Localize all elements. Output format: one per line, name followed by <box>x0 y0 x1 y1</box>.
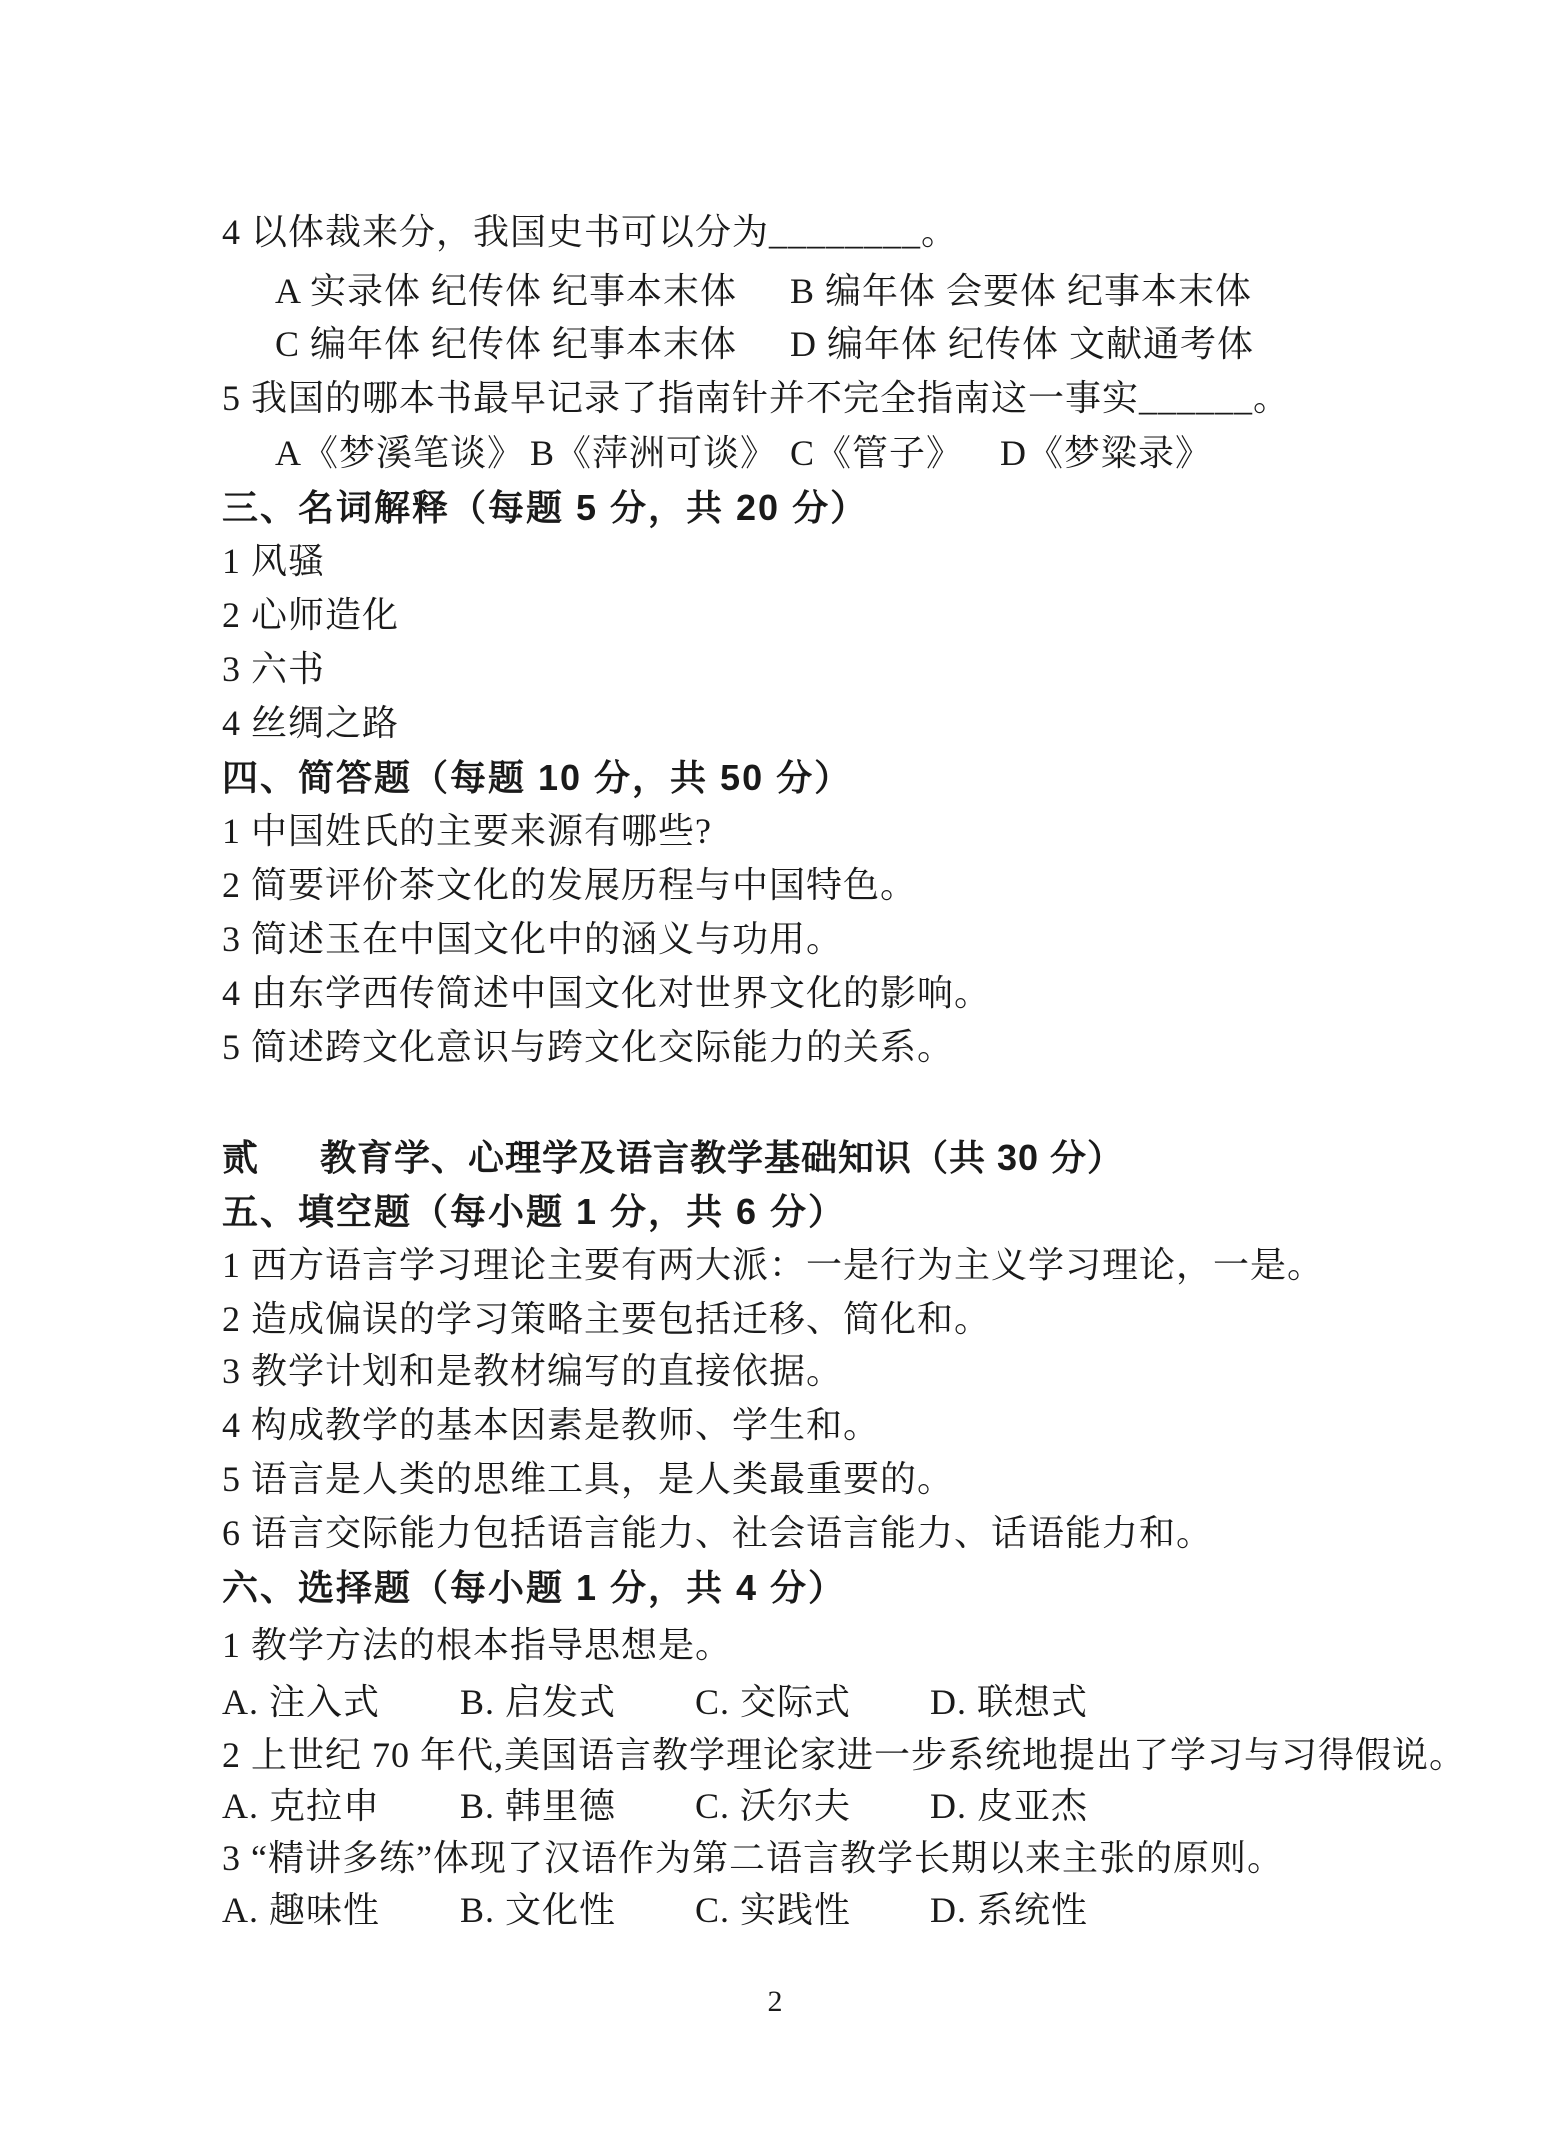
section-3-item-4: 4 丝绸之路 <box>222 703 399 744</box>
section-5-heading: 五、填空题（每小题 1 分，共 6 分） <box>222 1191 846 1232</box>
section-6-q2-option-a: A. 克拉申 <box>222 1786 380 1827</box>
question-4-options-row-1: A 实录体 纪传体 纪事本末体 B 编年体 会要体 纪事本末体 <box>0 271 1550 315</box>
question-4-text: 4 以体裁来分，我国史书可以分为________。 <box>222 212 958 253</box>
section-6-heading: 六、选择题（每小题 1 分，共 4 分） <box>222 1567 846 1608</box>
section-6-q2-option-c: C. 沃尔夫 <box>695 1786 851 1827</box>
section-6-q3-option-c: C. 实践性 <box>695 1890 851 1931</box>
question-5-text: 5 我国的哪本书最早记录了指南针并不完全指南这一事实______。 <box>222 378 1290 419</box>
section-6-q2-text: 2 上世纪 70 年代,美国语言教学理论家进一步系统地提出了学习与习得假说。 <box>222 1735 1466 1776</box>
section-6-q1-text: 1 教学方法的根本指导思想是。 <box>222 1625 732 1666</box>
question-5-option-b: B《萍洲可谈》 <box>530 433 777 474</box>
question-5-options-row: A《梦溪笔谈》 B《萍洲可谈》 C《管子》 D《梦粱录》 <box>0 433 1550 477</box>
section-6-q3-options-row: A. 趣味性 B. 文化性 C. 实践性 D. 系统性 <box>0 1890 1550 1934</box>
section-5-item-1: 1 西方语言学习理论主要有两大派：一是行为主义学习理论，一是。 <box>222 1245 1324 1286</box>
section-6-q1-option-a: A. 注入式 <box>222 1682 380 1723</box>
question-4-option-c: C 编年体 纪传体 纪事本末体 <box>275 324 737 365</box>
section-4-item-2: 2 简要评价茶文化的发展历程与中国特色。 <box>222 865 917 906</box>
section-4-item-1: 1 中国姓氏的主要来源有哪些? <box>222 811 712 852</box>
section-3-item-3: 3 六书 <box>222 649 325 690</box>
section-3-item-1: 1 风骚 <box>222 541 325 582</box>
page-number: 2 <box>0 1985 1550 2019</box>
question-5-option-d: D《梦粱录》 <box>1000 433 1212 474</box>
question-4-option-d: D 编年体 纪传体 文献通考体 <box>790 324 1254 365</box>
section-6-q2-options-row: A. 克拉申 B. 韩里德 C. 沃尔夫 D. 皮亚杰 <box>0 1786 1550 1830</box>
section-6-q1-options-row: A. 注入式 B. 启发式 C. 交际式 D. 联想式 <box>0 1682 1550 1726</box>
section-6-q1-option-d: D. 联想式 <box>930 1682 1088 1723</box>
section-6-q1-option-b: B. 启发式 <box>460 1682 616 1723</box>
question-5-option-a: A《梦溪笔谈》 <box>275 433 524 474</box>
part-2-label: 贰 <box>222 1137 259 1178</box>
section-3-heading: 三、名词解释（每题 5 分，共 20 分） <box>222 487 868 528</box>
section-5-item-2: 2 造成偏误的学习策略主要包括迁移、简化和。 <box>222 1299 991 1340</box>
section-6-q2-option-b: B. 韩里德 <box>460 1786 616 1827</box>
section-6-q1-option-c: C. 交际式 <box>695 1682 851 1723</box>
question-4-option-b: B 编年体 会要体 纪事本末体 <box>790 271 1252 312</box>
part-2-title: 教育学、心理学及语言教学基础知识（共 30 分） <box>320 1137 1124 1178</box>
section-4-item-5: 5 简述跨文化意识与跨文化交际能力的关系。 <box>222 1027 954 1068</box>
section-6-q3-option-a: A. 趣味性 <box>222 1890 380 1931</box>
section-5-item-6: 6 语言交际能力包括语言能力、社会语言能力、话语能力和。 <box>222 1513 1213 1554</box>
section-6-q3-option-b: B. 文化性 <box>460 1890 616 1931</box>
section-4-item-3: 3 简述玉在中国文化中的涵义与功用。 <box>222 919 843 960</box>
exam-paper-page: 4 以体裁来分，我国史书可以分为________。 A 实录体 纪传体 纪事本末… <box>0 0 1550 2150</box>
section-6-q3-option-d: D. 系统性 <box>930 1890 1088 1931</box>
section-3-item-2: 2 心师造化 <box>222 595 399 636</box>
question-4-options-row-2: C 编年体 纪传体 纪事本末体 D 编年体 纪传体 文献通考体 <box>0 324 1550 368</box>
section-5-item-5: 5 语言是人类的思维工具，是人类最重要的。 <box>222 1459 954 1500</box>
section-4-item-4: 4 由东学西传简述中国文化对世界文化的影响。 <box>222 973 991 1014</box>
section-6-q2-option-d: D. 皮亚杰 <box>930 1786 1088 1827</box>
question-4-option-a: A 实录体 纪传体 纪事本末体 <box>275 271 737 312</box>
part-2-heading-row: 贰 教育学、心理学及语言教学基础知识（共 30 分） <box>0 1137 1550 1181</box>
section-4-heading: 四、简答题（每题 10 分，共 50 分） <box>222 757 852 798</box>
section-6-q3-text: 3 “精讲多练”体现了汉语作为第二语言教学长期以来主张的原则。 <box>222 1838 1284 1879</box>
section-5-item-4: 4 构成教学的基本因素是教师、学生和。 <box>222 1405 880 1446</box>
section-5-item-3: 3 教学计划和是教材编写的直接依据。 <box>222 1351 843 1392</box>
question-5-option-c: C《管子》 <box>790 433 963 474</box>
